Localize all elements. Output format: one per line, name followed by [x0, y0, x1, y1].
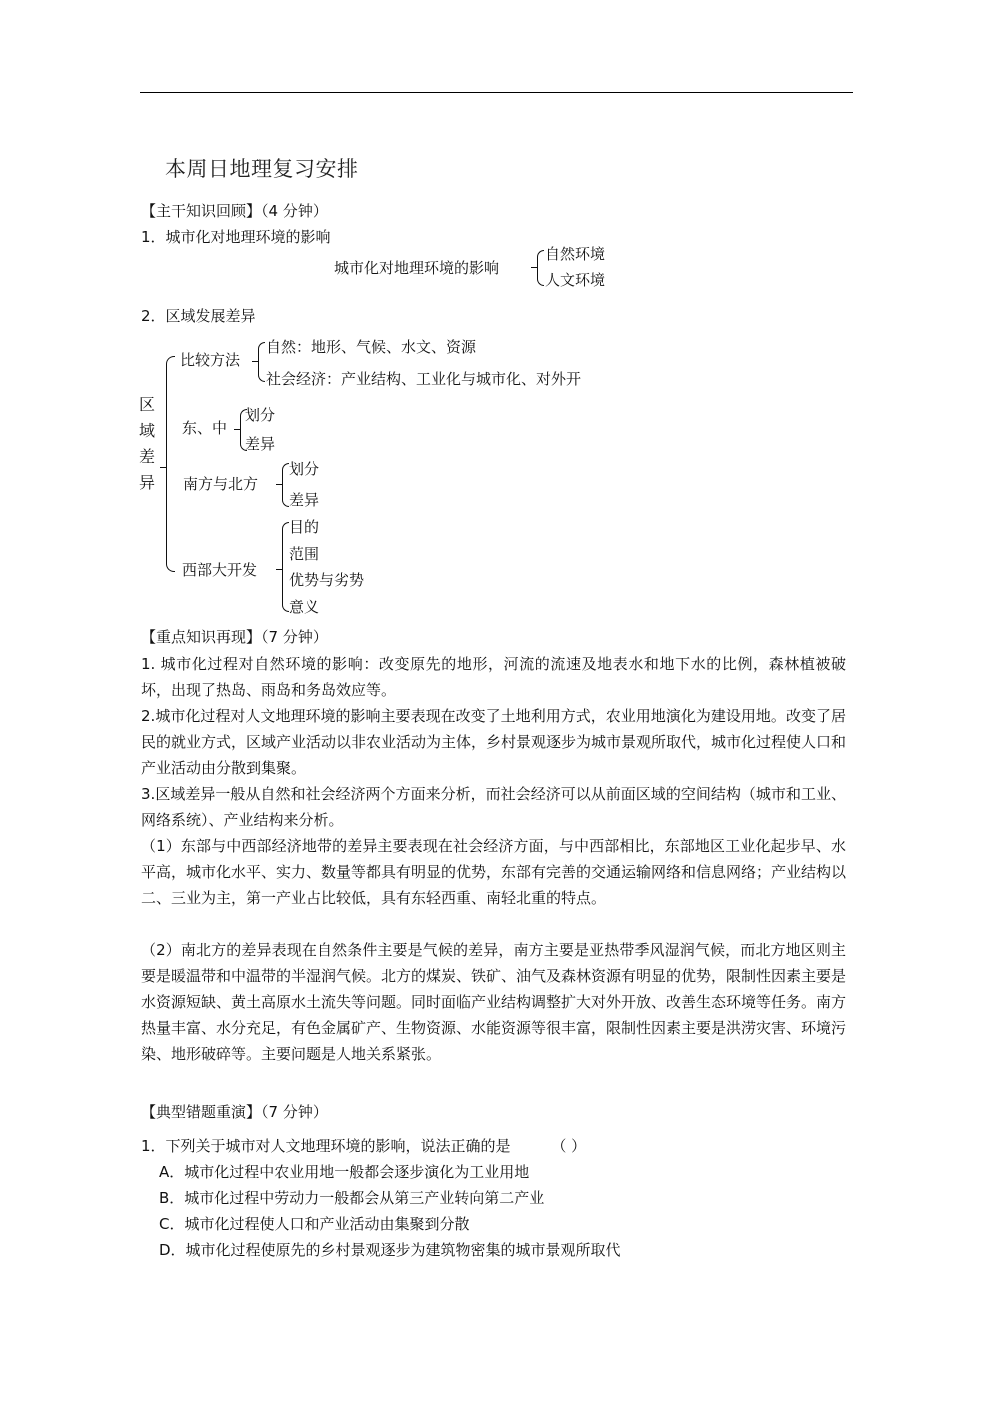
brace-south-north — [282, 463, 289, 507]
paragraph-urban-natural: 1. 城市化过程对自然环境的影响：改变原先的地形，河流的流速及地表水和地下水的比… — [141, 651, 846, 703]
tree-west-scope: 范围 — [289, 544, 319, 564]
diagram-1-brace-tick — [531, 267, 537, 268]
brace-compare — [258, 342, 265, 382]
tree-root: 区 域 差 异 — [139, 392, 157, 496]
brace-west-development — [282, 522, 289, 612]
tree-south-north-division: 划分 — [289, 459, 319, 479]
diagram-1-root: 城市化对地理环境的影响 — [334, 258, 499, 278]
tree-root-brace — [166, 356, 175, 572]
paragraph-east-west: （1）东部与中西部经济地带的差异主要表现在社会经济方面，与中西部相比，东部地区工… — [141, 833, 846, 911]
paragraph-urban-human: 2.城市化过程对人文地理环境的影响主要表现在改变了土地利用方式，农业用地演化为建… — [141, 703, 846, 781]
answer-blank: （ ） — [551, 1137, 586, 1155]
paragraph-regional-analysis: 3.区域差异一般从自然和社会经济两个方面来分析，而社会经济可以从前面区域的空间结… — [141, 781, 846, 833]
item-2-label: 2．区域发展差异 — [141, 306, 256, 326]
tree-root-brace-tick — [160, 467, 166, 468]
section-header-mistakes: 【典型错题重演】（7 分钟） — [141, 1102, 328, 1122]
tree-group-west-development: 西部大开发 — [182, 560, 257, 580]
diagram-1-branch-human: 人文环境 — [545, 270, 605, 290]
tree-root-char: 域 — [139, 418, 157, 444]
diagram-1-branch-natural: 自然环境 — [545, 244, 605, 264]
brace-compare-tick — [252, 361, 258, 362]
brace-south-north-tick — [276, 484, 282, 485]
page-title: 本周日地理复习安排 — [165, 153, 359, 183]
section-header-key-knowledge: 【重点知识再现】（7 分钟） — [141, 627, 328, 647]
option-b: B．城市化过程中劳动力一般都会从第三产业转向第二产业 — [159, 1188, 544, 1208]
tree-compare-natural: 自然：地形、气候、水文、资源 — [266, 337, 476, 357]
tree-east-central-difference: 差异 — [245, 434, 275, 454]
brace-east-central-tick — [234, 429, 240, 430]
tree-west-significance: 意义 — [289, 597, 319, 617]
question-stem-text: 1．下列关于城市对人文地理环境的影响，说法正确的是 — [141, 1137, 511, 1155]
tree-group-east-central: 东、中 — [182, 418, 227, 438]
tree-west-purpose: 目的 — [289, 517, 319, 537]
diagram-1-brace — [537, 250, 544, 286]
option-d: D．城市化过程使原先的乡村景观逐步为建筑物密集的城市景观所取代 — [159, 1240, 621, 1260]
tree-root-char: 差 — [139, 444, 157, 470]
tree-west-pros-cons: 优势与劣势 — [289, 570, 364, 590]
option-c: C．城市化过程使人口和产业活动由集聚到分散 — [159, 1214, 469, 1234]
tree-root-char: 区 — [139, 392, 157, 418]
header-rule — [140, 92, 853, 93]
paragraph-south-north: （2）南北方的差异表现在自然条件主要是气候的差异，南方主要是亚热带季风湿润气候，… — [141, 937, 846, 1067]
question-stem: 1．下列关于城市对人文地理环境的影响，说法正确的是 （ ） — [141, 1136, 586, 1156]
tree-group-south-north: 南方与北方 — [183, 474, 258, 494]
tree-group-compare: 比较方法 — [180, 350, 240, 370]
item-1-label: 1．城市化对地理环境的影响 — [141, 227, 331, 247]
tree-east-central-division: 划分 — [245, 405, 275, 425]
option-a: A．城市化过程中农业用地一般都会逐步演化为工业用地 — [159, 1162, 529, 1182]
section-header-review: 【主干知识回顾】（4 分钟） — [141, 201, 328, 221]
brace-west-development-tick — [276, 569, 282, 570]
tree-compare-social: 社会经济：产业结构、工业化与城市化、对外开 — [266, 369, 581, 389]
tree-south-north-difference: 差异 — [289, 490, 319, 510]
tree-root-char: 异 — [139, 470, 157, 496]
